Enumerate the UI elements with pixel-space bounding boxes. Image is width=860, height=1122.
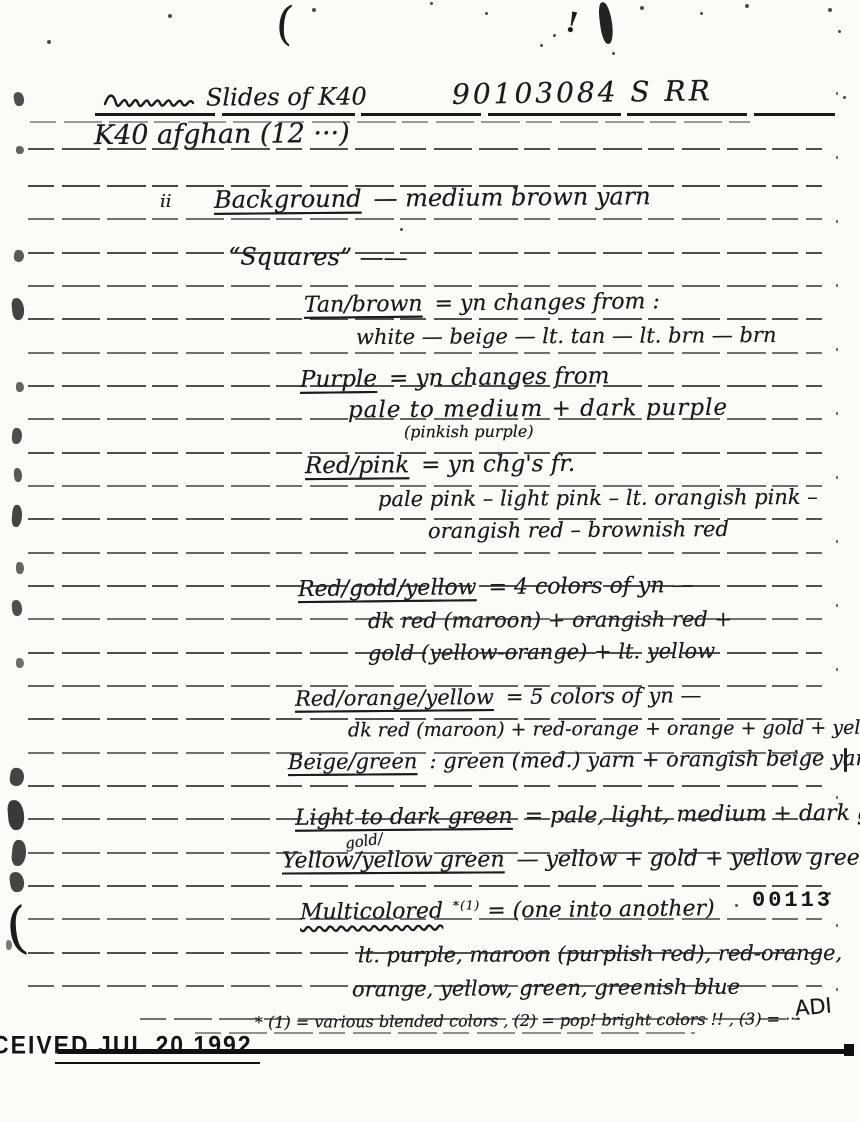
illegible-scribble <box>102 88 197 112</box>
paren-artifact-top: ( <box>274 0 296 51</box>
ruled-line <box>28 518 822 520</box>
binding-smudge <box>11 297 25 320</box>
binding-smudge <box>9 767 25 787</box>
page-title: Slides of K40 <box>206 83 367 111</box>
photocopy-speck <box>312 8 316 12</box>
binding-smudge <box>7 799 26 830</box>
ruled-line <box>28 285 822 287</box>
note-beige-green-text: : green (med.) yarn + orangish beige yar… <box>429 746 860 773</box>
ruled-line <box>28 318 822 320</box>
ruled-line <box>140 1018 800 1020</box>
photocopy-speck <box>843 96 846 99</box>
ruled-line <box>28 452 822 454</box>
note-multicolored-head: Multicolored*(1) = (one into another) <box>300 897 715 926</box>
photocopy-speck <box>540 44 543 47</box>
ruled-line <box>195 1032 695 1034</box>
paren-artifact-left: ( <box>3 895 32 962</box>
note-red-orange-yellow-seq: dk red (maroon) + red-orange + orange + … <box>348 718 860 742</box>
ruled-line <box>28 718 822 720</box>
note-red-pink-seq2: orangish red – brownish red <box>428 518 729 543</box>
photocopy-speck <box>47 40 51 44</box>
ruled-line <box>30 121 750 123</box>
ruled-line <box>28 852 822 854</box>
stamp-underline <box>55 1062 260 1064</box>
list-marker: ii <box>160 192 172 212</box>
corner-note: ADI <box>794 994 833 1020</box>
bottom-border-line <box>58 1049 846 1054</box>
binding-smudge <box>9 871 26 893</box>
note-background-label: Background <box>214 185 362 214</box>
photocopy-speck <box>430 2 433 5</box>
note-purple-label: Purple <box>300 366 377 393</box>
photocopy-speck <box>828 8 832 12</box>
note-red-gold-yellow-label: Red/gold/yellow <box>298 575 477 602</box>
ruled-line <box>28 985 822 987</box>
ink-blob-top <box>597 1 614 44</box>
note-yellow-yellow-green-text: — yellow + gold + yellow green <box>517 845 860 872</box>
ruled-line <box>28 652 822 654</box>
note-red-orange-yellow-text: = 5 colors of yn — <box>506 683 702 709</box>
ruled-line <box>28 352 822 354</box>
binding-smudge <box>16 562 24 574</box>
note-light-dark-green: Light to dark green= pale, light, medium… <box>295 801 860 831</box>
note-red-pink-text: = yn chg's fr. <box>421 451 575 478</box>
page-number-stamp: 00113 <box>752 888 833 913</box>
note-tan-brown-seq: white — beige — lt. tan — lt. brn — brn <box>356 324 777 349</box>
binding-smudge <box>16 382 24 392</box>
note-red-gold-yellow-head: Red/gold/yellow= 4 colors of yn — <box>298 574 694 602</box>
note-red-pink-seq1: pale pink – light pink – lt. orangish pi… <box>378 486 818 511</box>
ruled-line <box>28 685 822 687</box>
photocopy-speck <box>400 228 403 231</box>
binding-smudge <box>11 505 23 528</box>
note-multicolored-label: Multicolored <box>300 899 443 925</box>
document-number: 90103084 S RR <box>452 76 713 110</box>
photocopy-speck <box>640 6 644 10</box>
photocopy-speck <box>485 12 488 15</box>
ruled-line <box>28 252 822 254</box>
photocopy-speck <box>838 30 841 33</box>
note-tan-brown-head: Tan/brown= yn changes from : <box>304 290 660 318</box>
note-pinkish-purple: (pinkish purple) <box>404 423 534 441</box>
photocopy-speck <box>168 14 172 18</box>
note-multicolored-seq2: orange, yellow, green, greenish blue <box>352 976 740 1002</box>
photocopy-speck <box>700 12 703 15</box>
note-background: Background— medium brown yarn <box>214 183 651 213</box>
note-red-gold-yellow-seq1: dk red (maroon) + orangish red + <box>368 608 732 633</box>
binding-smudge <box>11 600 23 617</box>
ruled-line <box>28 552 822 554</box>
ruled-line <box>28 885 822 887</box>
binding-smudge <box>11 428 23 445</box>
ruled-line <box>95 113 835 116</box>
ruled-line <box>28 618 822 620</box>
binding-smudge <box>16 658 24 668</box>
note-tan-brown-text: = yn changes from : <box>434 289 660 316</box>
ruled-line <box>28 585 822 587</box>
ruled-line <box>28 385 822 387</box>
note-red-pink-head: Red/pink= yn chg's fr. <box>305 452 575 480</box>
received-stamp: CEIVED JUL 20 1992 <box>0 1031 253 1060</box>
exclamation-artifact: ! <box>562 5 582 40</box>
ruled-line <box>28 918 822 920</box>
note-squares: “Squares” —— <box>228 243 408 271</box>
photocopy-speck <box>745 4 749 8</box>
page-subtitle: K40 afghan (12 ···) <box>94 119 350 151</box>
photocopy-speck <box>553 34 556 37</box>
photocopy-speck <box>612 52 615 55</box>
ruled-line <box>28 785 822 787</box>
binding-smudge <box>13 249 25 262</box>
note-red-pink-label: Red/pink <box>305 452 409 479</box>
note-purple-text: = yn changes from <box>389 363 610 392</box>
note-purple-head: Purple= yn changes from <box>300 364 610 393</box>
note-multicolored-seq1: lt. purple, maroon (purplish red), red-o… <box>358 942 842 968</box>
ruled-line <box>28 185 822 187</box>
bottom-border-cap <box>844 1044 854 1056</box>
note-multicolored-footnote-ref: *(1) <box>453 898 480 912</box>
scanned-document-page: ( ! ( Slides of K40 90103084 S RR K40 af… <box>0 0 860 1122</box>
ruled-line <box>28 485 822 487</box>
ruled-line <box>28 148 822 150</box>
ruled-line <box>28 952 822 954</box>
ruled-line <box>28 418 822 420</box>
ruled-line <box>28 218 822 220</box>
photocopy-speck <box>828 892 831 895</box>
binding-smudge <box>16 146 24 154</box>
binding-smudge <box>6 940 12 950</box>
note-light-dark-green-text: = pale, light, medium + dark green <box>525 800 860 828</box>
photocopy-speck <box>735 904 738 907</box>
note-yellow-yellow-green: Yellow/yellow green— yellow + gold + yel… <box>282 846 860 873</box>
ruled-line <box>28 818 822 820</box>
note-red-orange-yellow-label: Red/orange/yellow <box>295 685 494 711</box>
ruled-line <box>28 752 822 754</box>
note-tan-brown-label: Tan/brown <box>304 292 423 318</box>
footnote: * (1) = various blended colors , (2) = p… <box>255 1010 801 1031</box>
binding-smudge <box>14 468 23 483</box>
binding-smudge <box>13 91 25 107</box>
binding-smudge <box>11 839 28 866</box>
note-red-orange-yellow-head: Red/orange/yellow= 5 colors of yn — <box>295 684 702 711</box>
